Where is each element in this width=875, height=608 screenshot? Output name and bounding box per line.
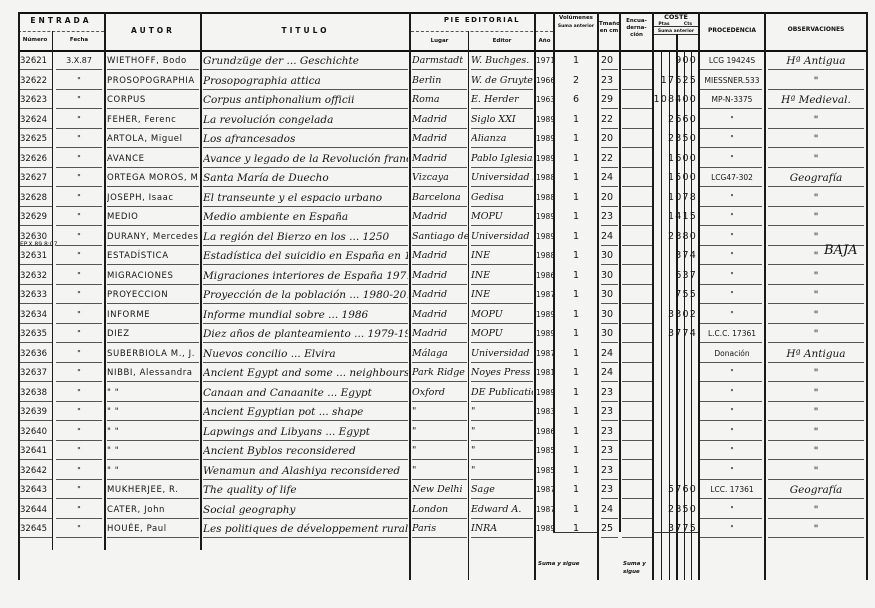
ruled-line: [412, 284, 467, 285]
ruled-line: [56, 167, 102, 168]
entry-number: 32634: [20, 307, 52, 323]
cost: 3302: [622, 307, 697, 323]
ruled-line: [203, 284, 408, 285]
observations: ": [766, 112, 866, 128]
size-cm: 24: [601, 346, 619, 362]
ledger-row: 32634 " INFORME Informe mundial sobre ..…: [18, 306, 868, 325]
ruled-line: [622, 303, 652, 304]
ruled-line: [412, 264, 467, 265]
ruled-line: [601, 147, 618, 148]
header-numero: Número: [18, 37, 52, 44]
ruled-line: [471, 342, 533, 343]
volumes: 1: [555, 268, 597, 284]
ruled-line: [56, 440, 102, 441]
source: ": [700, 287, 764, 303]
ruled-line: [700, 108, 762, 109]
ruled-line: [107, 440, 199, 441]
source: ": [700, 463, 764, 479]
size-cm: 23: [601, 463, 619, 479]
size-cm: 24: [601, 170, 619, 186]
volumes: 1: [555, 365, 597, 381]
cost: 755: [622, 287, 697, 303]
ruled-line: [203, 381, 408, 382]
cost: 374: [622, 248, 697, 264]
volumes: 1: [555, 248, 597, 264]
ruled-line: [56, 362, 102, 363]
ruled-line: [107, 381, 199, 382]
title: Informe mundial sobre ... 1986: [203, 307, 408, 323]
place: Santiago de C.: [412, 229, 468, 245]
ruled-line: [601, 206, 618, 207]
source: ": [700, 151, 764, 167]
place: Madrid: [412, 287, 468, 303]
ruled-line: [56, 303, 102, 304]
ruled-line: [107, 284, 199, 285]
source: ": [700, 521, 764, 537]
observations: Hª Antigua: [766, 53, 866, 69]
ruled-line: [622, 362, 652, 363]
ruled-line: [412, 401, 467, 402]
ruled-line: [203, 108, 408, 109]
size-cm: 30: [601, 287, 619, 303]
author: " ": [107, 443, 199, 459]
ledger-row: 32639 " " " Ancient Egyptian pot ... sha…: [18, 403, 868, 422]
year: 1989: [536, 229, 553, 245]
ledger-row: 32642 " " " Wenamun and Alashiya reconsi…: [18, 462, 868, 481]
ledger-row: 32628 " JOSEPH, Isaac El transeunte y el…: [18, 189, 868, 208]
ruled-line: [700, 186, 762, 187]
ruled-line: [622, 479, 652, 480]
author: AVANCE: [107, 151, 199, 167]
entry-number: 32636: [20, 346, 52, 362]
year: 1988: [536, 170, 553, 186]
ruled-line: [56, 518, 102, 519]
ruled-line: [412, 479, 467, 480]
year: 1971: [536, 53, 553, 69]
place: Madrid: [412, 131, 468, 147]
volumes: 1: [555, 287, 597, 303]
ruled-line: [56, 186, 102, 187]
place: London: [412, 502, 468, 518]
ruled-line: [622, 89, 652, 90]
size-cm: 22: [601, 112, 619, 128]
ruled-line: [768, 167, 864, 168]
ruled-line: [107, 518, 199, 519]
ruled-line: [622, 381, 652, 382]
header-coste: COSTE: [654, 14, 698, 21]
ruled-line: [768, 498, 864, 499]
size-cm: 23: [601, 73, 619, 89]
ledger-row: 32623 " CORPUS Corpus antiphonalium offi…: [18, 91, 868, 110]
size-cm: 23: [601, 385, 619, 401]
ruled-line: [471, 264, 533, 265]
ruled-line: [471, 362, 533, 363]
publisher: Universidad: [471, 346, 533, 362]
entry-date: ": [54, 287, 104, 303]
cost: 1600: [622, 151, 697, 167]
ruled-line: [20, 401, 52, 402]
ruled-line: [20, 459, 52, 460]
ruled-line: [107, 479, 199, 480]
ruled-line: [412, 420, 467, 421]
ruled-line: [768, 518, 864, 519]
source: ": [700, 229, 764, 245]
source: ": [700, 307, 764, 323]
observations: ": [766, 385, 866, 401]
cost: [622, 365, 697, 381]
volumes: 1: [555, 385, 597, 401]
place: Madrid: [412, 209, 468, 225]
ruled-line: [20, 69, 52, 70]
ruled-line: [471, 89, 533, 90]
ruled-line: [412, 89, 467, 90]
ruled-line: [56, 69, 102, 70]
ruled-line: [20, 381, 52, 382]
source: LCG 19424S: [700, 53, 764, 69]
ruled-line: [601, 498, 618, 499]
publisher: ": [471, 443, 533, 459]
author: SUBERBIOLA M., J.: [107, 346, 199, 362]
ruled-line: [20, 537, 52, 538]
title: El transeunte y el espacio urbano: [203, 190, 408, 206]
ruled-line: [601, 89, 618, 90]
year: 1983: [536, 404, 553, 420]
ruled-line: [56, 459, 102, 460]
ruled-line: [768, 537, 864, 538]
ruled-line: [768, 420, 864, 421]
ruled-line: [107, 498, 199, 499]
ruled-line: [203, 303, 408, 304]
ruled-line: [203, 167, 408, 168]
header-volumenes: Volúmenes: [555, 15, 597, 22]
ruled-line: [768, 342, 864, 343]
ruled-line: [20, 147, 52, 148]
volumes: 2: [555, 73, 597, 89]
source: ": [700, 112, 764, 128]
observations: Hª Medieval.: [766, 92, 866, 108]
size-cm: 23: [601, 424, 619, 440]
entry-date: ": [54, 346, 104, 362]
ruled-line: [203, 147, 408, 148]
header-encuadernacion: Encua-derna-ción: [621, 18, 652, 39]
entry-date: ": [54, 248, 104, 264]
ruled-line: [622, 186, 652, 187]
title: Proyección de la población ... 1980-2010: [203, 287, 408, 303]
observations: Geografía: [766, 170, 866, 186]
year: 1981: [536, 365, 553, 381]
author: WIETHOFF, Bodo: [107, 53, 199, 69]
ruled-line: [412, 323, 467, 324]
source: ": [700, 248, 764, 264]
cost: 2880: [622, 229, 697, 245]
place: ": [412, 443, 468, 459]
ruled-line: [20, 518, 52, 519]
source: ": [700, 131, 764, 147]
author: CORPUS: [107, 92, 199, 108]
title: La revolución congelada: [203, 112, 408, 128]
ruled-line: [622, 245, 652, 246]
volumes: 1: [555, 151, 597, 167]
ruled-line: [107, 342, 199, 343]
ledger-row: 32631 " ESTADÍSTICA Estadística del suic…: [18, 247, 868, 266]
ruled-line: [20, 225, 52, 226]
ruled-line: [56, 498, 102, 499]
ruled-line: [203, 362, 408, 363]
place: Barcelona: [412, 190, 468, 206]
ruled-line: [622, 342, 652, 343]
publisher: MOPU: [471, 209, 533, 225]
ruled-line: [412, 225, 467, 226]
header-cts: Cts: [678, 21, 698, 28]
year: 1989: [536, 521, 553, 537]
cost: [622, 463, 697, 479]
ruled-line: [56, 245, 102, 246]
year: 1989: [536, 112, 553, 128]
place: Roma: [412, 92, 468, 108]
ruled-line: [471, 381, 533, 382]
ledger-row: 32644 " CATER, John Social geography Lon…: [18, 501, 868, 520]
publisher: INE: [471, 268, 533, 284]
header-fecha: Fecha: [54, 37, 104, 44]
observations: ": [766, 521, 866, 537]
author: PROSOPOGRAPHIA: [107, 73, 199, 89]
entry-number: 32628: [20, 190, 52, 206]
ruled-line: [20, 362, 52, 363]
ruled-line: [700, 498, 762, 499]
ruled-line: [601, 225, 618, 226]
ruled-line: [601, 284, 618, 285]
ruled-line: [203, 459, 408, 460]
volumes: 1: [555, 112, 597, 128]
year: 1985: [536, 443, 553, 459]
entry-number: 32637: [20, 365, 52, 381]
ruled-line: [700, 323, 762, 324]
ruled-line: [471, 69, 533, 70]
entry-date: ": [54, 502, 104, 518]
ruled-line: [601, 303, 618, 304]
publisher: ": [471, 404, 533, 420]
observations: ": [766, 424, 866, 440]
ruled-line: [203, 206, 408, 207]
observations: Hª Antigua: [766, 346, 866, 362]
ruled-line: [700, 362, 762, 363]
author: ESTADÍSTICA: [107, 248, 199, 264]
ruled-line: [768, 440, 864, 441]
entry-date: ": [54, 209, 104, 225]
ruled-line: [622, 128, 652, 129]
publisher: INE: [471, 287, 533, 303]
ruled-line: [700, 69, 762, 70]
volumes: 1: [555, 307, 597, 323]
entry-number: 32631: [20, 248, 52, 264]
place: Darmstadt: [412, 53, 468, 69]
size-cm: 20: [601, 53, 619, 69]
ruled-line: [107, 186, 199, 187]
title: Les politiques de développement rural: [203, 521, 408, 537]
pie-sub-divider: [411, 31, 553, 32]
entry-date: ": [54, 73, 104, 89]
ruled-line: [412, 459, 467, 460]
ruled-line: [203, 342, 408, 343]
ruled-line: [107, 225, 199, 226]
year: 1986: [536, 268, 553, 284]
size-cm: 30: [601, 268, 619, 284]
entry-date: ": [54, 307, 104, 323]
publisher: MOPU: [471, 326, 533, 342]
ruled-line: [412, 69, 467, 70]
ruled-line: [412, 206, 467, 207]
ruled-line: [203, 479, 408, 480]
title: Corpus antiphonalium officii: [203, 92, 408, 108]
publisher: Siglo XXI: [471, 112, 533, 128]
ruled-line: [768, 323, 864, 324]
entry-number: 32641: [20, 443, 52, 459]
source: MIESSNER.533: [700, 73, 764, 89]
ledger-row: 32626 " AVANCE Avance y legado de la Rev…: [18, 150, 868, 169]
size-cm: 24: [601, 502, 619, 518]
author: DIEZ: [107, 326, 199, 342]
entry-number: 32622: [20, 73, 52, 89]
ruled-line: [471, 147, 533, 148]
ruled-line: [700, 147, 762, 148]
header-autor: AUTOR: [106, 26, 200, 35]
year: 1989: [536, 307, 553, 323]
source: Donación: [700, 346, 764, 362]
observations: ": [766, 287, 866, 303]
place: Vizcaya: [412, 170, 468, 186]
ruled-line: [622, 225, 652, 226]
ruled-line: [203, 537, 408, 538]
ruled-line: [107, 69, 199, 70]
place: New Delhi: [412, 482, 468, 498]
header-vol-suma-anterior: Suma anterior: [555, 23, 597, 30]
cost: 2350: [622, 131, 697, 147]
title: Lapwings and Libyans ... Egypt: [203, 424, 408, 440]
author: MEDIO: [107, 209, 199, 225]
ruled-line: [700, 264, 762, 265]
volumes: 1: [555, 346, 597, 362]
observations: ": [766, 73, 866, 89]
header-pie-editorial: PIE EDITORIAL: [411, 16, 553, 24]
ruled-line: [622, 401, 652, 402]
entry-date: ": [54, 365, 104, 381]
ruled-line: [203, 323, 408, 324]
author: JOSEPH, Isaac: [107, 190, 199, 206]
year: 1988: [536, 190, 553, 206]
ruled-line: [471, 401, 533, 402]
ruled-line: [56, 381, 102, 382]
size-cm: 30: [601, 307, 619, 323]
ruled-line: [107, 264, 199, 265]
ruled-line: [601, 323, 618, 324]
ruled-line: [700, 89, 762, 90]
author: MIGRACIONES: [107, 268, 199, 284]
observations: ": [766, 131, 866, 147]
ruled-line: [622, 69, 652, 70]
ruled-line: [203, 518, 408, 519]
ruled-line: [203, 89, 408, 90]
place: ": [412, 463, 468, 479]
ruled-line: [56, 264, 102, 265]
entry-date: ": [54, 92, 104, 108]
ruled-line: [700, 167, 762, 168]
entrada-sub-divider: [18, 31, 104, 32]
place: Madrid: [412, 307, 468, 323]
entry-number: 32627: [20, 170, 52, 186]
ruled-line: [768, 401, 864, 402]
ruled-line: [107, 89, 199, 90]
publisher: E. Herder: [471, 92, 533, 108]
volumes: 1: [555, 502, 597, 518]
ruled-line: [203, 186, 408, 187]
ruled-line: [471, 225, 533, 226]
ruled-line: [203, 420, 408, 421]
header-tamano: Tmaño en cm: [599, 21, 619, 35]
entry-date: ": [54, 190, 104, 206]
source: MP-N-3375: [700, 92, 764, 108]
ruled-line: [56, 537, 102, 538]
entry-number: 32633: [20, 287, 52, 303]
observations: ": [766, 365, 866, 381]
ledger-row: 32638 " " " Canaan and Canaanite ... Egy…: [18, 384, 868, 403]
publisher: Sage: [471, 482, 533, 498]
ruled-line: [56, 147, 102, 148]
header-ano: Año: [536, 38, 553, 45]
year: 1987: [536, 346, 553, 362]
ruled-line: [700, 342, 762, 343]
ruled-line: [471, 440, 533, 441]
author: " ": [107, 424, 199, 440]
ruled-line: [20, 323, 52, 324]
ruled-line: [700, 440, 762, 441]
ruled-line: [601, 245, 618, 246]
entry-date: ": [54, 443, 104, 459]
cost: 1415: [622, 209, 697, 225]
ruled-line: [768, 186, 864, 187]
ledger-row: 32633 " PROYECCION Proyección de la pobl…: [18, 286, 868, 305]
ruled-line: [601, 459, 618, 460]
volumes: 1: [555, 521, 597, 537]
cost: [622, 346, 697, 362]
year: 1966: [536, 73, 553, 89]
size-cm: 23: [601, 209, 619, 225]
place: Madrid: [412, 112, 468, 128]
entry-number: 32625: [20, 131, 52, 147]
year: 1989: [536, 209, 553, 225]
cost: [622, 424, 697, 440]
place: Málaga: [412, 346, 468, 362]
ruled-line: [20, 89, 52, 90]
entry-number: 32623: [20, 92, 52, 108]
volumes: 6: [555, 92, 597, 108]
ruled-line: [107, 147, 199, 148]
ruled-line: [768, 69, 864, 70]
title: The quality of life: [203, 482, 408, 498]
ruled-line: [56, 420, 102, 421]
ruled-line: [107, 303, 199, 304]
ruled-line: [622, 498, 652, 499]
entry-date: ": [54, 131, 104, 147]
entry-number: 32639: [20, 404, 52, 420]
ruled-line: [471, 498, 533, 499]
ruled-line: [471, 303, 533, 304]
ruled-line: [768, 362, 864, 363]
entry-number: 32632: [20, 268, 52, 284]
title: Ancient Byblos reconsidered: [203, 443, 408, 459]
size-cm: 20: [601, 131, 619, 147]
ruled-line: [20, 206, 52, 207]
ruled-line: [412, 498, 467, 499]
